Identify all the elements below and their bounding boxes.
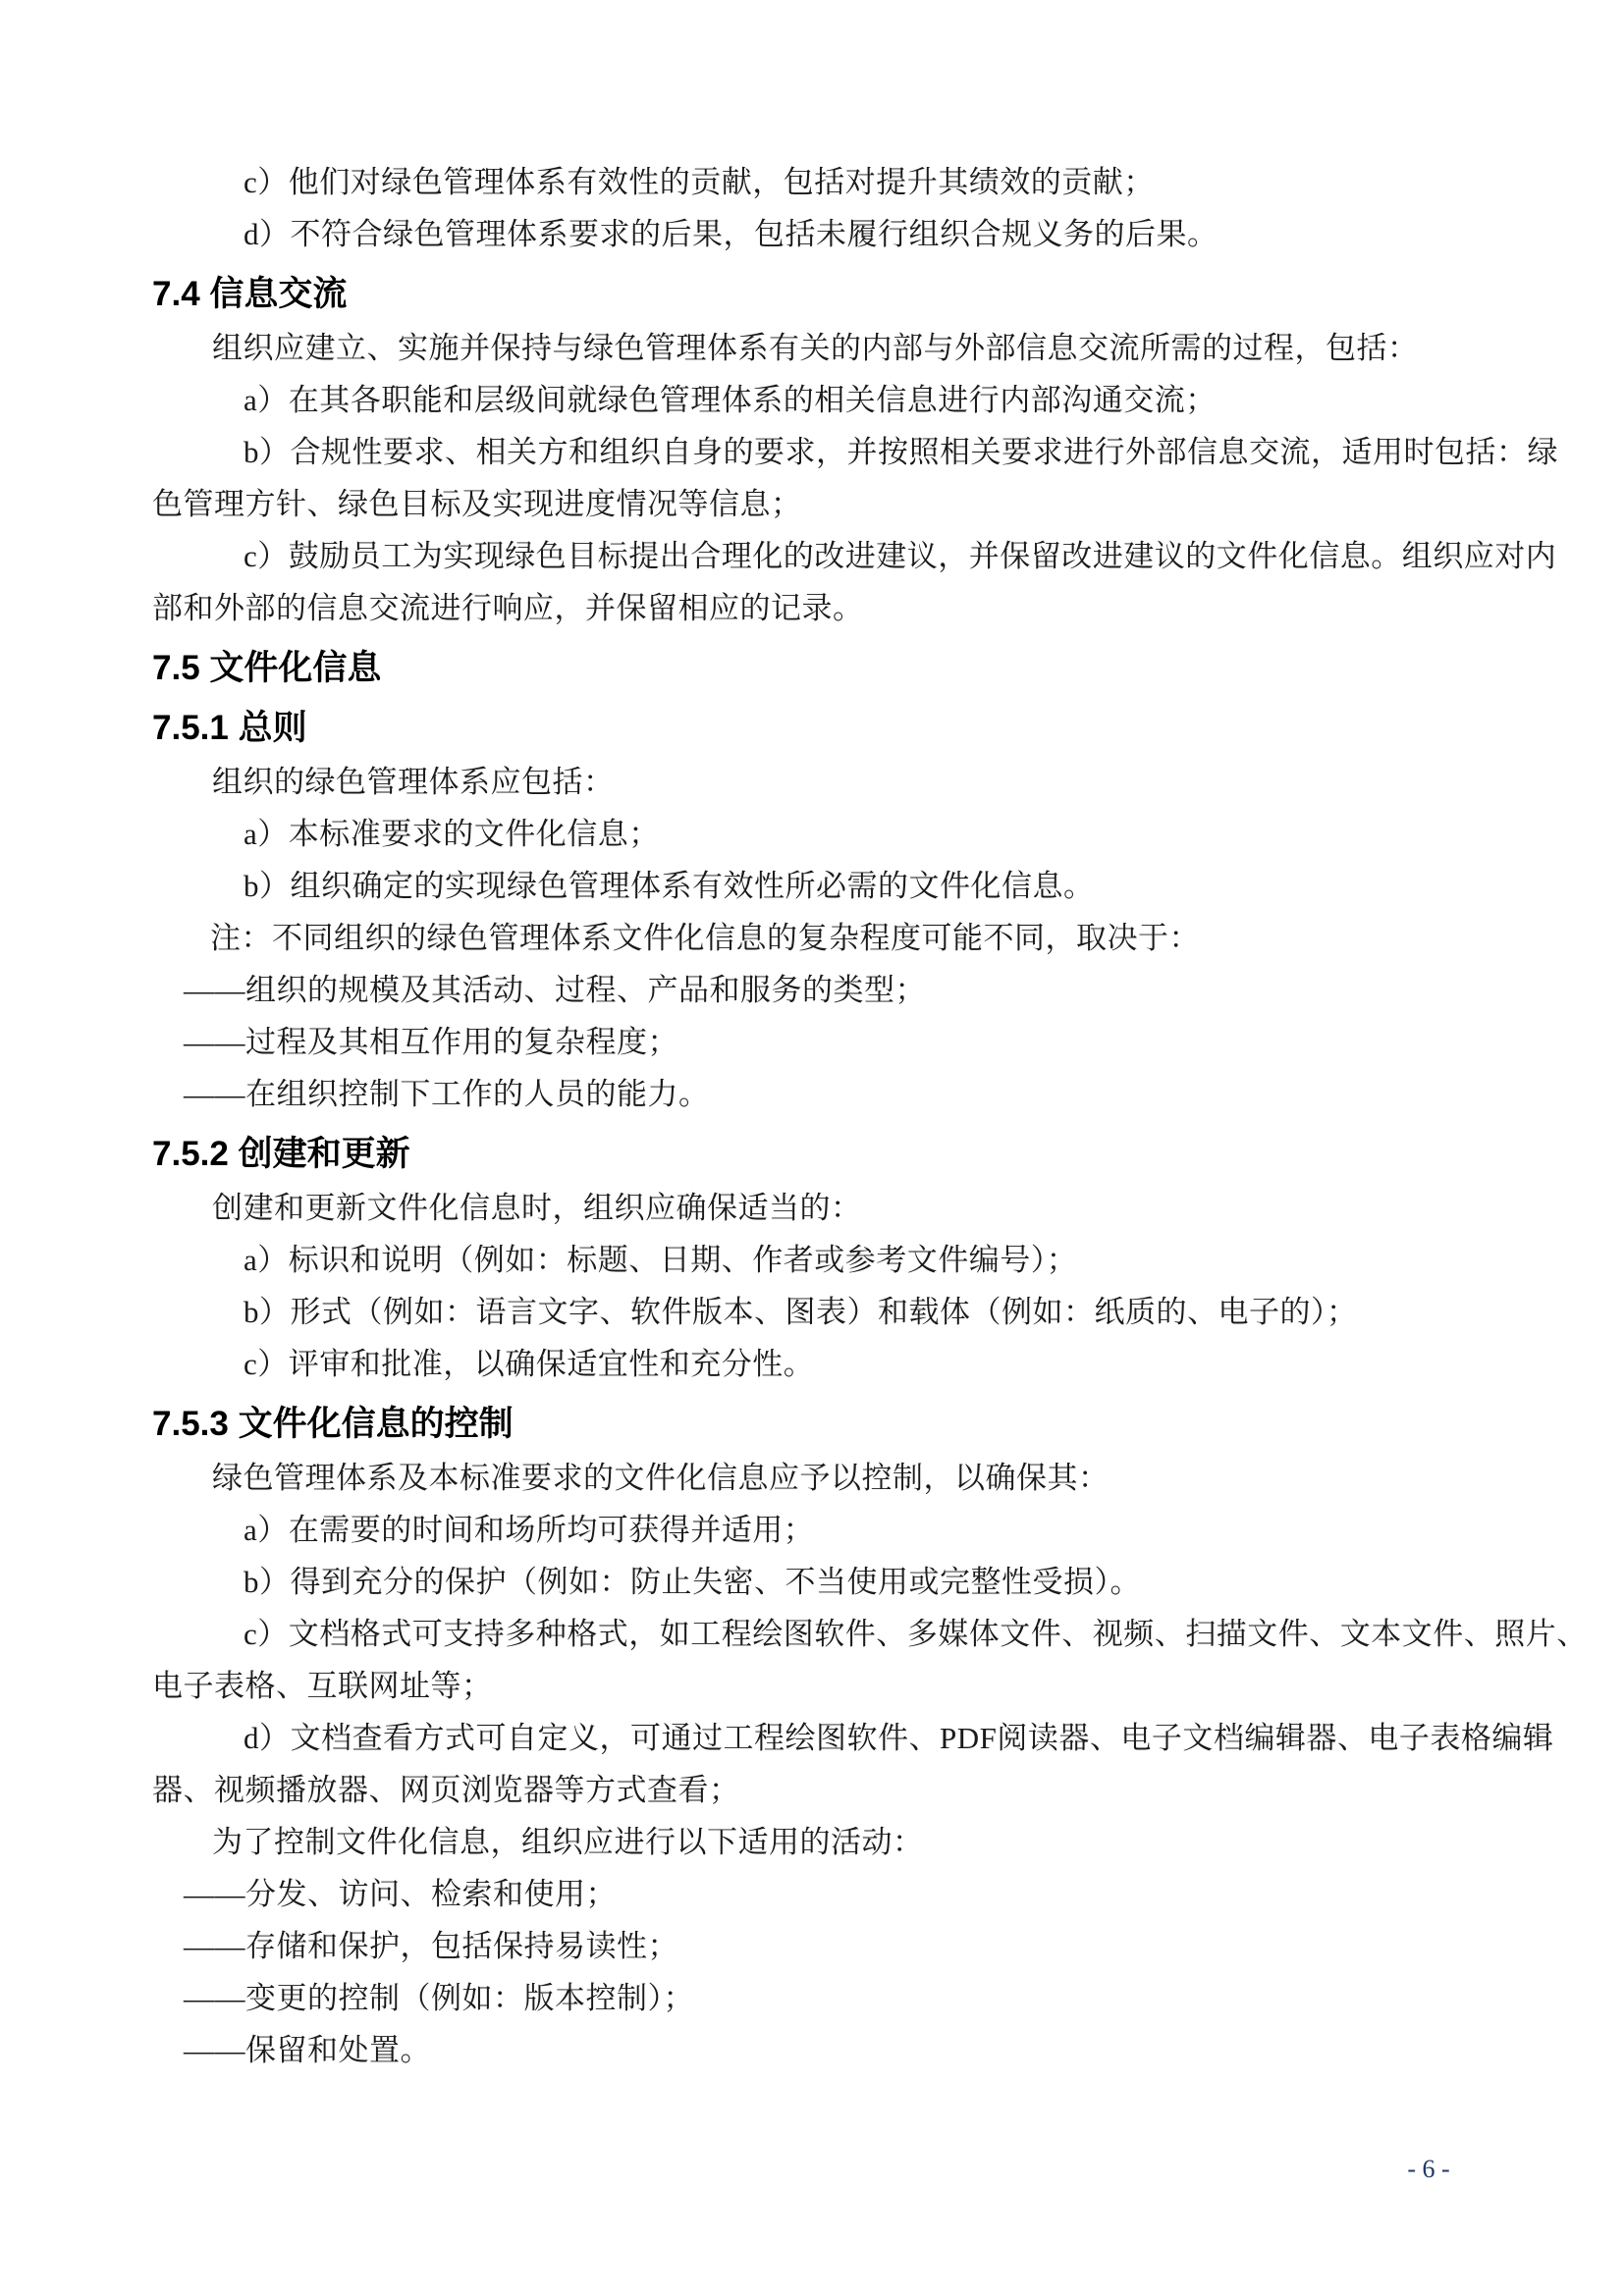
list-item-c-doc-formats: c）文档格式可支持多种格式，如工程绘图软件、多媒体文件、视频、扫描文件、文本文件… xyxy=(152,1608,1488,1660)
section-heading-7-5-1: 7.5.1 总则 xyxy=(152,702,1488,754)
list-item-a-availability: a）在需要的时间和场所均可获得并适用； xyxy=(152,1504,1488,1556)
paragraph-7-4-intro: 组织应建立、实施并保持与绿色管理体系有关的内部与外部信息交流所需的过程，包括： xyxy=(152,322,1488,374)
paragraph-7-5-3-intro: 绿色管理体系及本标准要求的文件化信息应予以控制，以确保其： xyxy=(152,1452,1488,1504)
list-item-b-protection: b）得到充分的保护（例如：防止失密、不当使用或完整性受损）。 xyxy=(152,1556,1488,1608)
dash-item-retention: ——保留和处置。 xyxy=(152,2024,1488,2076)
section-heading-7-5-3: 7.5.3 文件化信息的控制 xyxy=(152,1398,1488,1450)
section-heading-7-5: 7.5 文件化信息 xyxy=(152,642,1488,694)
continuation-d-doc-viewing: 器、视频播放器、网页浏览器等方式查看； xyxy=(152,1764,1488,1816)
dash-item-scale: ——组织的规模及其活动、过程、产品和服务的类型； xyxy=(152,964,1488,1016)
list-item-d-consequence: d）不符合绿色管理体系要求的后果，包括未履行组织合规义务的后果。 xyxy=(152,208,1488,260)
paragraph-control-activities: 为了控制文件化信息，组织应进行以下适用的活动： xyxy=(152,1816,1488,1868)
section-heading-7-5-2: 7.5.2 创建和更新 xyxy=(152,1128,1488,1180)
section-heading-7-4: 7.4 信息交流 xyxy=(152,268,1488,320)
document-page: c）他们对绿色管理体系有效性的贡献，包括对提升其绩效的贡献；d）不符合绿色管理体… xyxy=(0,0,1624,2296)
dash-item-distribution: ——分发、访问、检索和使用； xyxy=(152,1868,1488,1920)
list-item-c-encourage: c）鼓励员工为实现绿色目标提出合理化的改进建议，并保留改进建议的文件化信息。组织… xyxy=(152,530,1488,582)
list-item-a-standard-docs: a）本标准要求的文件化信息； xyxy=(152,808,1488,860)
continuation-c-encourage: 部和外部的信息交流进行响应，并保留相应的记录。 xyxy=(152,582,1488,634)
list-item-b-compliance: b）合规性要求、相关方和组织自身的要求，并按照相关要求进行外部信息交流，适用时包… xyxy=(152,426,1488,478)
list-item-c-review: c）评审和批准，以确保适宜性和充分性。 xyxy=(152,1338,1488,1390)
dash-item-process-complexity: ——过程及其相互作用的复杂程度； xyxy=(152,1016,1488,1068)
continuation-b-compliance: 色管理方针、绿色目标及实现进度情况等信息； xyxy=(152,478,1488,530)
paragraph-7-5-1-intro: 组织的绿色管理体系应包括： xyxy=(152,756,1488,808)
dash-item-storage: ——存储和保护，包括保持易读性； xyxy=(152,1920,1488,1972)
page-number: - 6 - xyxy=(1355,2152,1502,2187)
list-item-a-internal-comm: a）在其各职能和层级间就绿色管理体系的相关信息进行内部沟通交流； xyxy=(152,374,1488,426)
note-complexity: 注：不同组织的绿色管理体系文件化信息的复杂程度可能不同，取决于： xyxy=(152,912,1488,964)
continuation-c-doc-formats: 电子表格、互联网址等； xyxy=(152,1660,1488,1712)
list-item-c-contribution: c）他们对绿色管理体系有效性的贡献，包括对提升其绩效的贡献； xyxy=(152,156,1488,208)
dash-item-change-control: ——变更的控制（例如：版本控制）； xyxy=(152,1972,1488,2024)
paragraph-7-5-2-intro: 创建和更新文件化信息时，组织应确保适当的： xyxy=(152,1182,1488,1234)
list-item-b-format: b）形式（例如：语言文字、软件版本、图表）和载体（例如：纸质的、电子的）； xyxy=(152,1286,1488,1338)
page-content: c）他们对绿色管理体系有效性的贡献，包括对提升其绩效的贡献；d）不符合绿色管理体… xyxy=(152,156,1488,2076)
list-item-b-necessary-docs: b）组织确定的实现绿色管理体系有效性所必需的文件化信息。 xyxy=(152,860,1488,912)
list-item-a-identification: a）标识和说明（例如：标题、日期、作者或参考文件编号）； xyxy=(152,1234,1488,1286)
list-item-d-doc-viewing: d）文档查看方式可自定义，可通过工程绘图软件、PDF阅读器、电子文档编辑器、电子… xyxy=(152,1712,1488,1764)
dash-item-personnel-ability: ——在组织控制下工作的人员的能力。 xyxy=(152,1068,1488,1120)
